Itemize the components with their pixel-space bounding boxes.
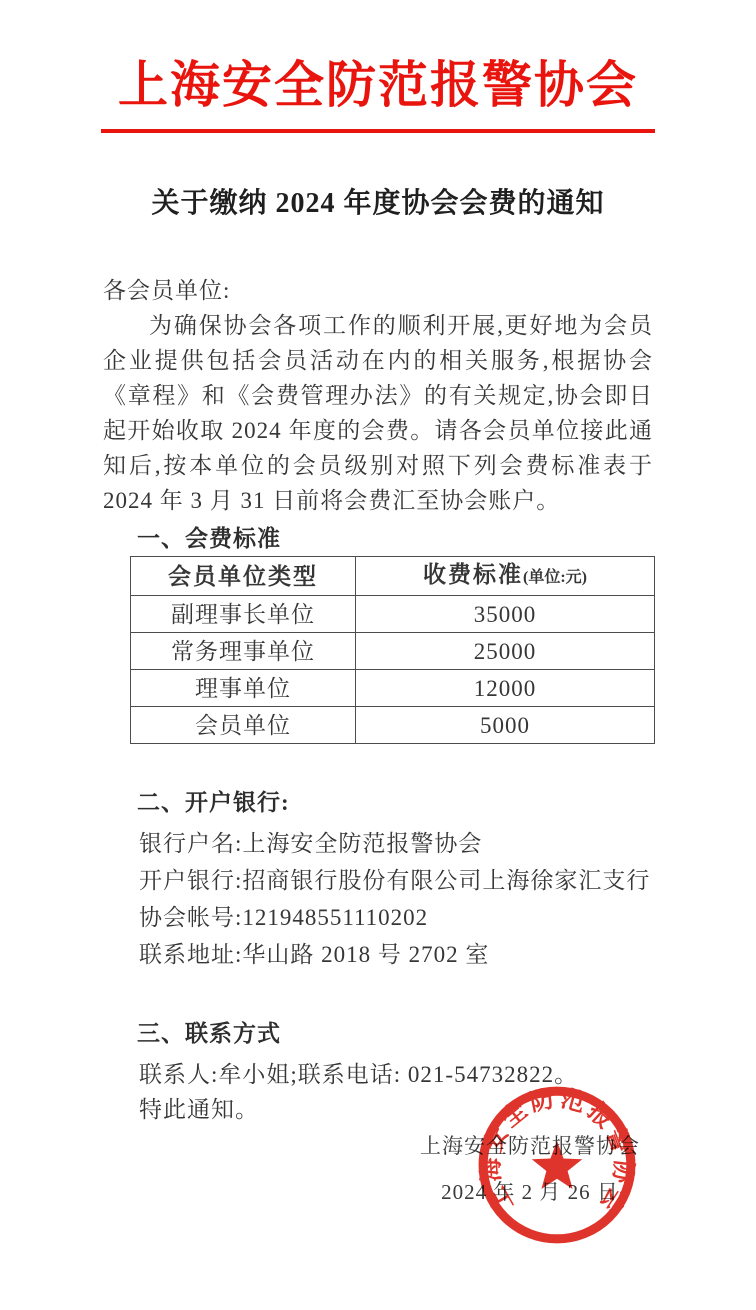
bank-branch: 开户银行:招商银行股份有限公司上海徐家汇支行 bbox=[139, 862, 653, 899]
table-row: 副理事长单位 35000 bbox=[131, 596, 655, 633]
table-row: 会员单位 5000 bbox=[131, 707, 655, 744]
section-heading-bank: 二、开户银行: bbox=[137, 790, 653, 816]
section-heading-fee: 一、会费标准 bbox=[137, 526, 653, 552]
member-type-cell: 会员单位 bbox=[131, 707, 356, 744]
fee-cell: 12000 bbox=[356, 670, 655, 707]
member-type-cell: 副理事长单位 bbox=[131, 596, 356, 633]
red-star-icon bbox=[532, 1141, 582, 1189]
letterhead-rule bbox=[101, 129, 655, 133]
fee-cell: 5000 bbox=[356, 707, 655, 744]
notice-document: 上海安全防范报警协会 关于缴纳 2024 年度协会会费的通知 各会员单位: 为确… bbox=[0, 0, 756, 1310]
contact-address: 联系地址:华山路 2018 号 2702 室 bbox=[139, 936, 653, 973]
col-header-fee: 收费标准(单位:元) bbox=[356, 557, 655, 596]
letterhead-org-name: 上海安全防范报警协会 bbox=[0, 55, 756, 115]
fee-cell: 25000 bbox=[356, 633, 655, 670]
bank-account-number: 协会帐号:121948551110202 bbox=[139, 899, 653, 936]
body-text: 各会员单位: 为确保协会各项工作的顺利开展,更好地为会员企业提供包括会员活动在内… bbox=[103, 273, 653, 1127]
section-heading-contact: 三、联系方式 bbox=[137, 1021, 653, 1047]
fee-unit-note: (单位:元) bbox=[523, 569, 587, 586]
bank-info: 银行户名:上海安全防范报警协会 开户银行:招商银行股份有限公司上海徐家汇支行 协… bbox=[103, 825, 653, 973]
fee-cell: 35000 bbox=[356, 596, 655, 633]
member-type-cell: 常务理事单位 bbox=[131, 633, 356, 670]
member-type-cell: 理事单位 bbox=[131, 670, 356, 707]
main-paragraph: 为确保协会各项工作的顺利开展,更好地为会员企业提供包括会员活动在内的相关服务,根… bbox=[103, 308, 653, 518]
salutation: 各会员单位: bbox=[103, 273, 653, 308]
col-header-member-type: 会员单位类型 bbox=[131, 557, 356, 596]
fee-header-label: 收费标准 bbox=[423, 562, 523, 587]
fee-table: 会员单位类型 收费标准(单位:元) 副理事长单位 35000 常务理事单位 25… bbox=[130, 556, 655, 744]
table-row: 常务理事单位 25000 bbox=[131, 633, 655, 670]
table-row: 理事单位 12000 bbox=[131, 670, 655, 707]
doc-title: 关于缴纳 2024 年度协会会费的通知 bbox=[0, 185, 756, 223]
official-seal-stamp: 上海安全防范报警协会 bbox=[474, 1082, 640, 1248]
fee-table-header-row: 会员单位类型 收费标准(单位:元) bbox=[131, 557, 655, 596]
bank-account-name: 银行户名:上海安全防范报警协会 bbox=[139, 825, 653, 862]
